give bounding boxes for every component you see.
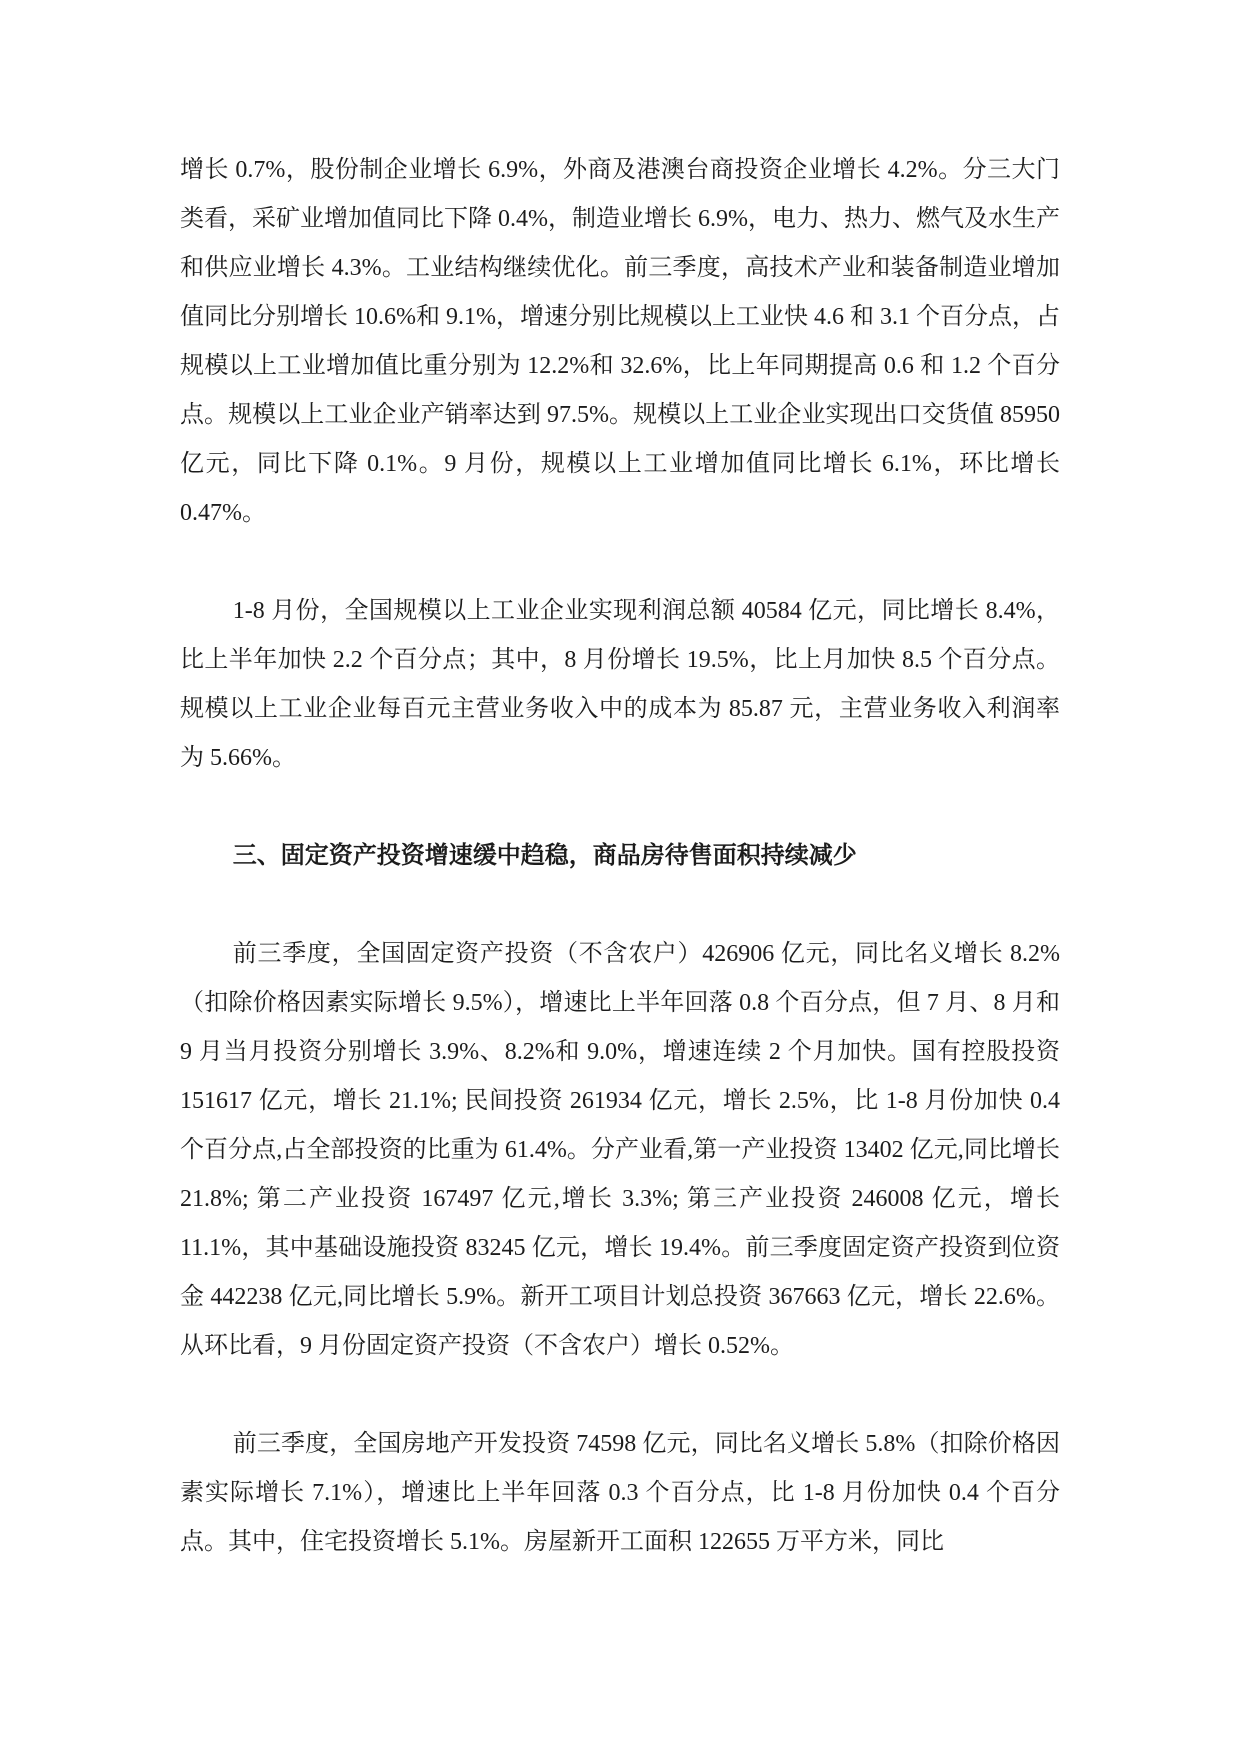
- document-page: 增长 0.7%，股份制企业增长 6.9%，外商及港澳台商投资企业增长 4.2%。…: [0, 0, 1241, 1754]
- paragraph-real-estate-investment: 前三季度，全国房地产开发投资 74598 亿元，同比名义增长 5.8%（扣除价格…: [180, 1420, 1060, 1567]
- paragraph-fixed-asset-investment: 前三季度，全国固定资产投资（不含农户）426906 亿元，同比名义增长 8.2%…: [180, 930, 1060, 1371]
- document-body: 增长 0.7%，股份制企业增长 6.9%，外商及港澳台商投资企业增长 4.2%。…: [180, 146, 1060, 1616]
- paragraph-industrial-output-continued: 增长 0.7%，股份制企业增长 6.9%，外商及港澳台商投资企业增长 4.2%。…: [180, 146, 1060, 538]
- paragraph-industrial-profits: 1-8 月份，全国规模以上工业企业实现利润总额 40584 亿元，同比增长 8.…: [180, 587, 1060, 783]
- section-heading-fixed-asset-investment: 三、固定资产投资增速缓中趋稳，商品房待售面积持续减少: [180, 832, 1060, 881]
